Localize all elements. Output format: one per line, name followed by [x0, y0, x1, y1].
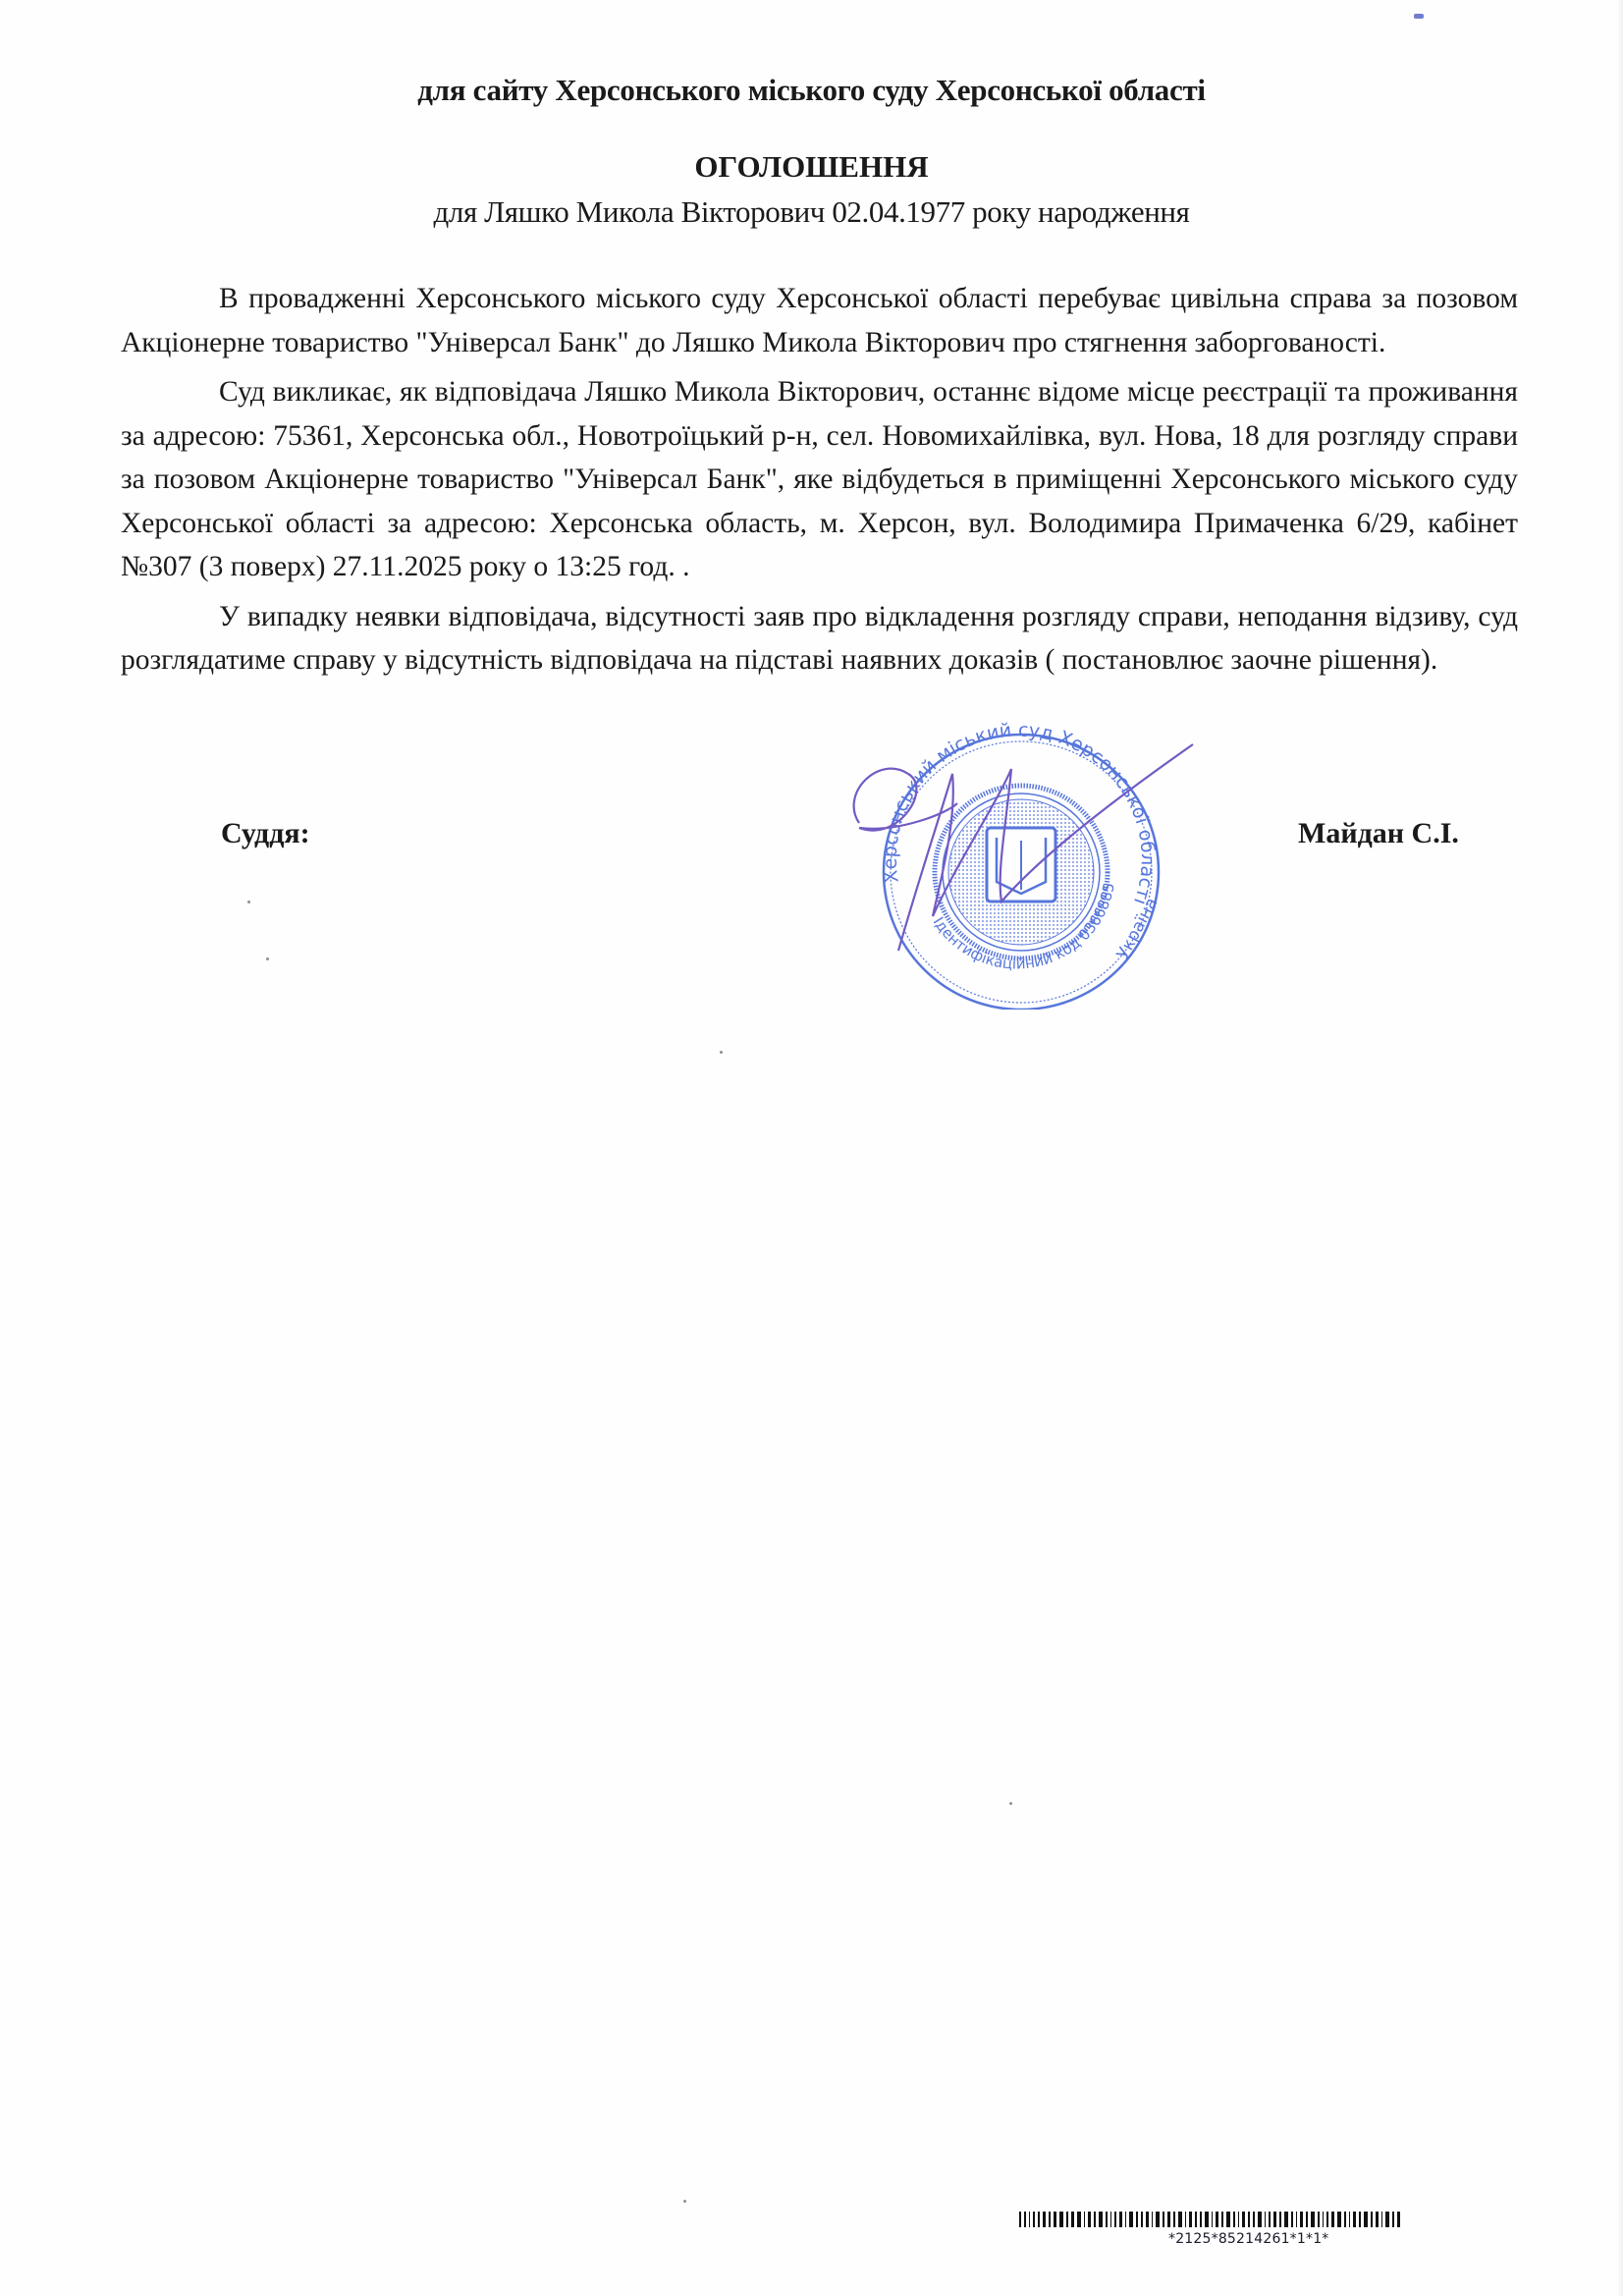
court-stamp-icon: Херсонський міський суд Херсонської обла…: [839, 715, 1203, 1010]
scan-speck: [266, 957, 269, 960]
document-title: ОГОЛОШЕННЯ: [0, 149, 1623, 185]
scan-speck: [720, 1051, 723, 1054]
paragraph-absence-warning: У випадку неявки відповідача, відсутност…: [121, 595, 1518, 683]
scan-artifact: [1414, 14, 1424, 19]
stamp-country: Україна: [1113, 895, 1163, 963]
judge-name: Майдан С.І.: [1298, 817, 1459, 850]
scan-edge: [1617, 0, 1623, 2296]
document-page: для сайту Херсонського міського суду Хер…: [0, 0, 1623, 2296]
paragraph-summons: Суд викликає, як відповідача Ляшко Микол…: [121, 370, 1518, 589]
document-subtitle: для Ляшко Микола Вікторович 02.04.1977 р…: [0, 194, 1623, 230]
judge-label: Суддя:: [221, 817, 310, 850]
scan-speck: [683, 2200, 686, 2203]
document-barcode: [1019, 2212, 1520, 2227]
scan-speck: [247, 901, 250, 903]
barcode-number: *2125*85214261*1*1*: [1168, 2231, 1329, 2247]
document-body: В провадженні Херсонського міського суду…: [121, 277, 1518, 683]
paragraph-case-info: В провадженні Херсонського міського суду…: [121, 277, 1518, 364]
scan-speck: [1009, 1802, 1012, 1805]
site-header: для сайту Херсонського міського суду Хер…: [0, 73, 1623, 108]
